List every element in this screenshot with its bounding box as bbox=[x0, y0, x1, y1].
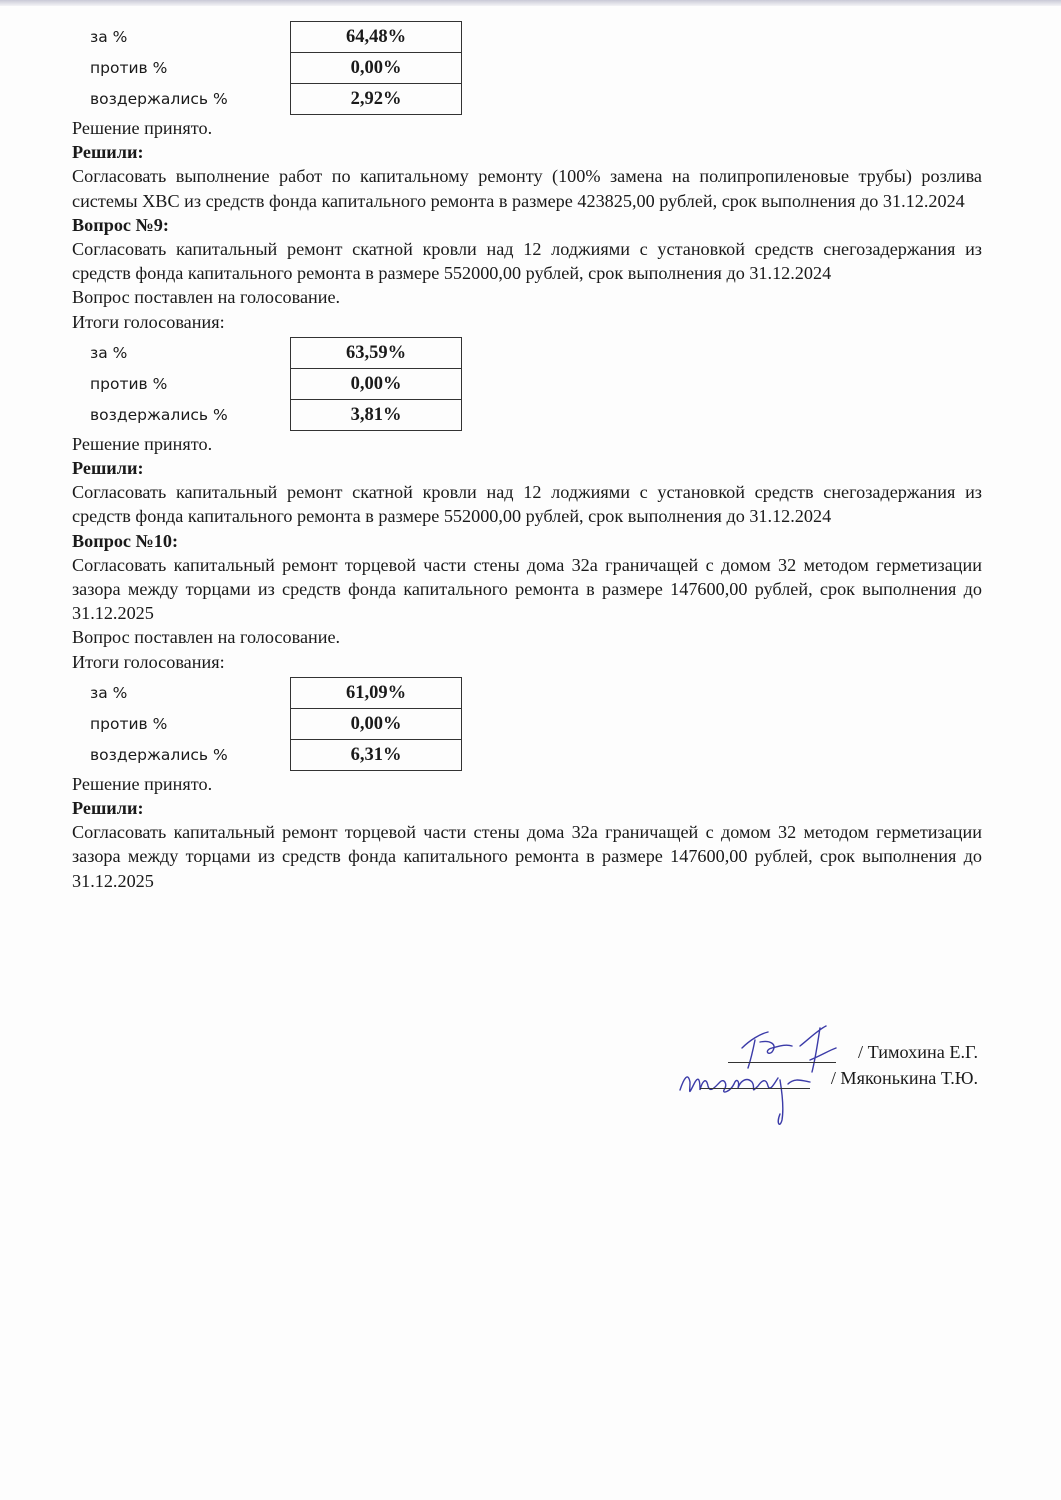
vote-row: воздержались %6,31% bbox=[72, 739, 462, 770]
status-line: Решение принято. bbox=[72, 772, 982, 796]
resolution-text: Согласовать капитальный ремонт торцевой … bbox=[72, 553, 982, 626]
vote-label: против % bbox=[72, 368, 291, 399]
vote-percentage: 3,81% bbox=[291, 399, 462, 430]
vote-label: за % bbox=[72, 22, 291, 53]
vote-label: против % bbox=[72, 53, 291, 84]
signature-block: / Тимохина Е.Г. / Мяконькина Т.Ю. bbox=[660, 1020, 990, 1140]
vote-percentage: 6,31% bbox=[291, 739, 462, 770]
section-heading: Решили: bbox=[72, 796, 982, 820]
vote-results-table: за %63,59%против %0,00%воздержались %3,8… bbox=[72, 337, 462, 431]
vote-percentage: 0,00% bbox=[291, 368, 462, 399]
vote-row: за %64,48% bbox=[72, 22, 462, 53]
vote-percentage: 0,00% bbox=[291, 53, 462, 84]
vote-row: за %61,09% bbox=[72, 677, 462, 708]
vote-percentage: 0,00% bbox=[291, 708, 462, 739]
section-heading: Вопрос №10: bbox=[72, 529, 982, 553]
vote-row: против %0,00% bbox=[72, 368, 462, 399]
vote-row: против %0,00% bbox=[72, 708, 462, 739]
resolution-text: Согласовать капитальный ремонт торцевой … bbox=[72, 820, 982, 893]
scan-top-edge bbox=[0, 0, 1061, 6]
status-line: Итоги голосования: bbox=[72, 310, 982, 334]
section-heading: Решили: bbox=[72, 456, 982, 480]
vote-label: воздержались % bbox=[72, 399, 291, 430]
section-heading: Решили: bbox=[72, 140, 982, 164]
vote-label: за % bbox=[72, 677, 291, 708]
vote-label: воздержались % bbox=[72, 739, 291, 770]
resolution-text: Согласовать выполнение работ по капиталь… bbox=[72, 164, 982, 212]
vote-row: за %63,59% bbox=[72, 337, 462, 368]
status-line: Итоги голосования: bbox=[72, 650, 982, 674]
section-heading: Вопрос №9: bbox=[72, 213, 982, 237]
signatory-name: / Тимохина Е.Г. bbox=[858, 1042, 978, 1063]
status-line: Решение принято. bbox=[72, 432, 982, 456]
vote-label: против % bbox=[72, 708, 291, 739]
document-page: за %64,48%против %0,00%воздержались %2,9… bbox=[72, 18, 982, 893]
vote-row: воздержались %3,81% bbox=[72, 399, 462, 430]
status-line: Вопрос поставлен на голосование. bbox=[72, 285, 982, 309]
status-line: Вопрос поставлен на голосование. bbox=[72, 625, 982, 649]
vote-label: за % bbox=[72, 337, 291, 368]
vote-results-table: за %64,48%против %0,00%воздержались %2,9… bbox=[72, 21, 462, 115]
vote-percentage: 64,48% bbox=[291, 22, 462, 53]
signature-line bbox=[700, 1088, 810, 1089]
vote-row: против %0,00% bbox=[72, 53, 462, 84]
vote-label: воздержались % bbox=[72, 84, 291, 115]
resolution-text: Согласовать капитальный ремонт скатной к… bbox=[72, 480, 982, 528]
status-line: Решение принято. bbox=[72, 116, 982, 140]
vote-percentage: 2,92% bbox=[291, 84, 462, 115]
vote-results-table: за %61,09%против %0,00%воздержались %6,3… bbox=[72, 677, 462, 771]
resolution-text: Согласовать капитальный ремонт скатной к… bbox=[72, 237, 982, 285]
signature-line bbox=[728, 1062, 836, 1063]
vote-row: воздержались %2,92% bbox=[72, 84, 462, 115]
vote-percentage: 61,09% bbox=[291, 677, 462, 708]
vote-percentage: 63,59% bbox=[291, 337, 462, 368]
signatory-name: / Мяконькина Т.Ю. bbox=[831, 1068, 978, 1089]
